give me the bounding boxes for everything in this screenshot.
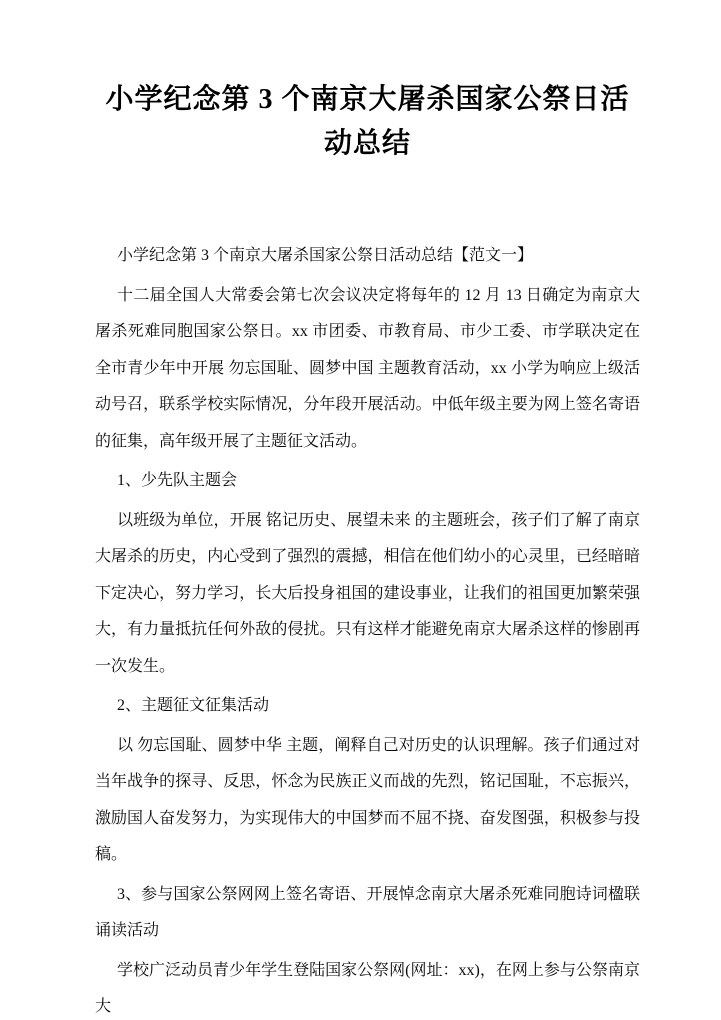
paragraph-overview: 十二届全国人大常委会第七次会议决定将每年的 12 月 13 日确定为南京大屠杀死… [95, 278, 640, 461]
document-page: 小学纪念第 3 个南京大屠杀国家公祭日活动总结 小学纪念第 3 个南京大屠杀国家… [0, 0, 721, 1020]
paragraph-section-1-body: 以班级为单位，开展 铭记历史、展望未来 的主题班会，孩子们了解了南京大屠杀的历史… [95, 503, 640, 686]
paragraph-section-2-heading: 2、主题征文征集活动 [95, 688, 640, 725]
paragraph-section-1-heading: 1、少先队主题会 [95, 463, 640, 500]
paragraph-intro-label: 小学纪念第 3 个南京大屠杀国家公祭日活动总结【范文一】 [95, 238, 640, 275]
paragraph-section-3-body: 学校广泛动员青少年学生登陆国家公祭网(网址：xx)，在网上参与公祭南京大 [95, 953, 640, 1020]
document-title: 小学纪念第 3 个南京大屠杀国家公祭日活动总结 [95, 78, 640, 166]
paragraph-section-2-body: 以 勿忘国耻、圆梦中华 主题，阐释自己对历史的认识理解。孩子们通过对当年战争的探… [95, 728, 640, 874]
document-body: 小学纪念第 3 个南京大屠杀国家公祭日活动总结【范文一】 十二届全国人大常委会第… [95, 238, 640, 1020]
paragraph-section-3-heading: 3、参与国家公祭网网上签名寄语、开展悼念南京大屠杀死难同胞诗词楹联诵读活动 [95, 877, 640, 950]
